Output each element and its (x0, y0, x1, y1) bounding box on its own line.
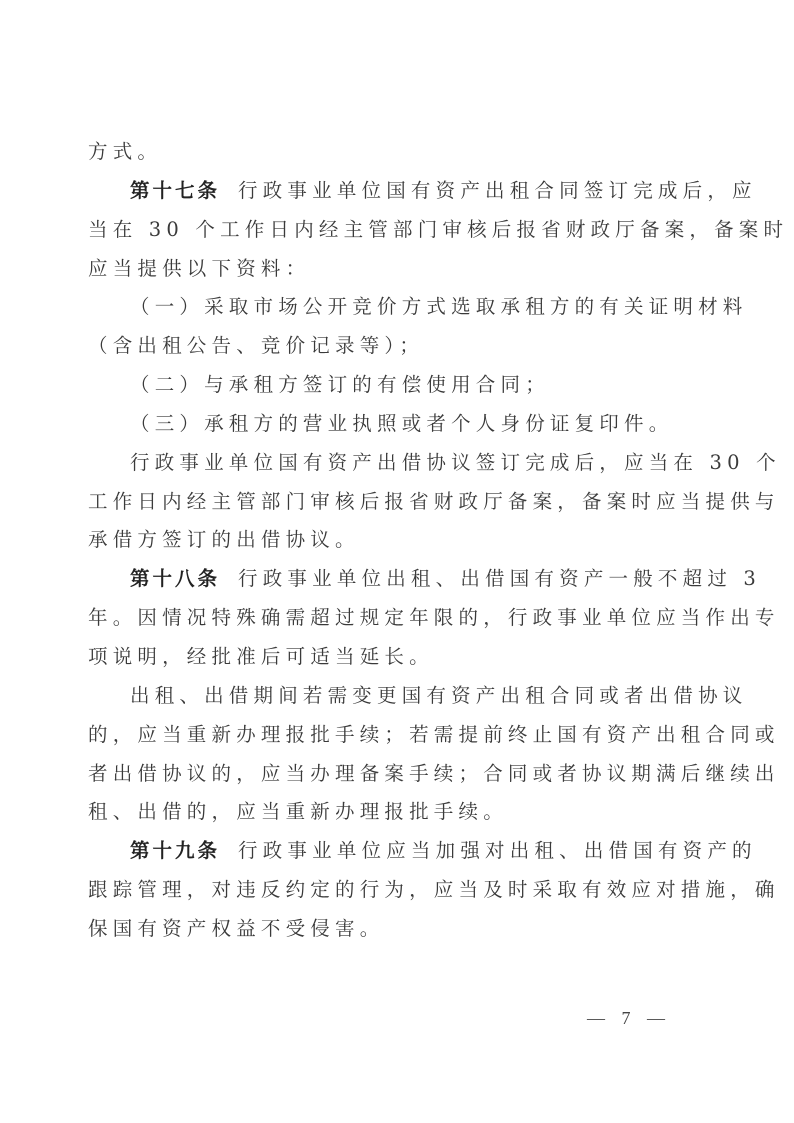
list-item-2: （二）与承租方签订的有偿使用合同； (88, 366, 674, 405)
line-text: 工作日内经主管部门审核后报省财政厅备案，备案时应当提供与 (88, 490, 780, 513)
line-text: 者出借协议的，应当办理备案手续；合同或者协议期满后继续出 (88, 762, 780, 785)
line-text: 承借方签订的出借协议。 (88, 528, 360, 551)
article-18-heading-line: 第十八条行政事业单位出租、出借国有资产一般不超过 3 (88, 560, 674, 599)
line-text: 行政事业单位出租、出借国有资产一般不超过 3 (238, 567, 761, 590)
paragraph-line: 出租、出借期间若需变更国有资产出租合同或者出借协议 (88, 677, 674, 716)
text-line: 租、出借的，应当重新办理报批手续。 (88, 793, 674, 832)
text-line: 年。因情况特殊确需超过规定年限的，行政事业单位应当作出专 (88, 599, 674, 638)
list-item-1: （一）采取市场公开竞价方式选取承租方的有关证明材料 (88, 288, 674, 327)
line-text: 出租、出借期间若需变更国有资产出租合同或者出借协议 (130, 684, 748, 707)
line-text: 保国有资产权益不受侵害。 (88, 917, 384, 940)
line-text: 项说明，经批准后可适当延长。 (88, 645, 434, 668)
text-line: 工作日内经主管部门审核后报省财政厅备案，备案时应当提供与 (88, 483, 674, 522)
line-text: 行政事业单位国有资产出租合同签订完成后，应 (238, 179, 757, 202)
line-text: （含出租公告、竞价记录等）； (88, 334, 424, 357)
line-text: 行政事业单位应当加强对出租、出借国有资产的 (238, 839, 757, 862)
line-text: 行政事业单位国有资产出借协议签订完成后，应当在 30 个 (130, 451, 781, 474)
text-line: 跟踪管理，对违反约定的行为，应当及时采取有效应对措施，确 (88, 871, 674, 910)
page-number: — 7 — (587, 1008, 671, 1029)
text-line: 当在 30 个工作日内经主管部门审核后报省财政厅备案，备案时 (88, 211, 674, 250)
line-text: 当在 30 个工作日内经主管部门审核后报省财政厅备案，备案时 (88, 218, 788, 241)
article-label: 第十八条 (130, 567, 220, 590)
article-19-heading-line: 第十九条行政事业单位应当加强对出租、出借国有资产的 (88, 832, 674, 871)
text-line: 项说明，经批准后可适当延长。 (88, 638, 674, 677)
line-text: 应当提供以下资料： (88, 257, 310, 280)
text-line: 的，应当重新办理报批手续；若需提前终止国有资产出租合同或 (88, 716, 674, 755)
text-line: 方式。 (88, 133, 674, 172)
line-text: 方式。 (88, 140, 162, 163)
list-item-3: （三）承租方的营业执照或者个人身份证复印件。 (88, 405, 674, 444)
document-body: 方式。 第十七条行政事业单位国有资产出租合同签订完成后，应 当在 30 个工作日… (88, 133, 674, 949)
paragraph-line: 行政事业单位国有资产出借协议签订完成后，应当在 30 个 (88, 444, 674, 483)
line-text: （三）承租方的营业执照或者个人身份证复印件。 (130, 412, 673, 435)
article-label: 第十七条 (130, 179, 220, 202)
line-text: （一）采取市场公开竞价方式选取承租方的有关证明材料 (130, 295, 748, 318)
text-line: 者出借协议的，应当办理备案手续；合同或者协议期满后继续出 (88, 755, 674, 794)
text-line: 承借方签订的出借协议。 (88, 521, 674, 560)
line-text: （二）与承租方签订的有偿使用合同； (130, 373, 550, 396)
article-17-heading-line: 第十七条行政事业单位国有资产出租合同签订完成后，应 (88, 172, 674, 211)
text-line: （含出租公告、竞价记录等）； (88, 327, 674, 366)
text-line: 应当提供以下资料： (88, 250, 674, 289)
line-text: 年。因情况特殊确需超过规定年限的，行政事业单位应当作出专 (88, 606, 780, 629)
line-text: 的，应当重新办理报批手续；若需提前终止国有资产出租合同或 (88, 723, 780, 746)
line-text: 跟踪管理，对违反约定的行为，应当及时采取有效应对措施，确 (88, 878, 780, 901)
article-label: 第十九条 (130, 839, 220, 862)
text-line: 保国有资产权益不受侵害。 (88, 910, 674, 949)
line-text: 租、出借的，应当重新办理报批手续。 (88, 800, 508, 823)
